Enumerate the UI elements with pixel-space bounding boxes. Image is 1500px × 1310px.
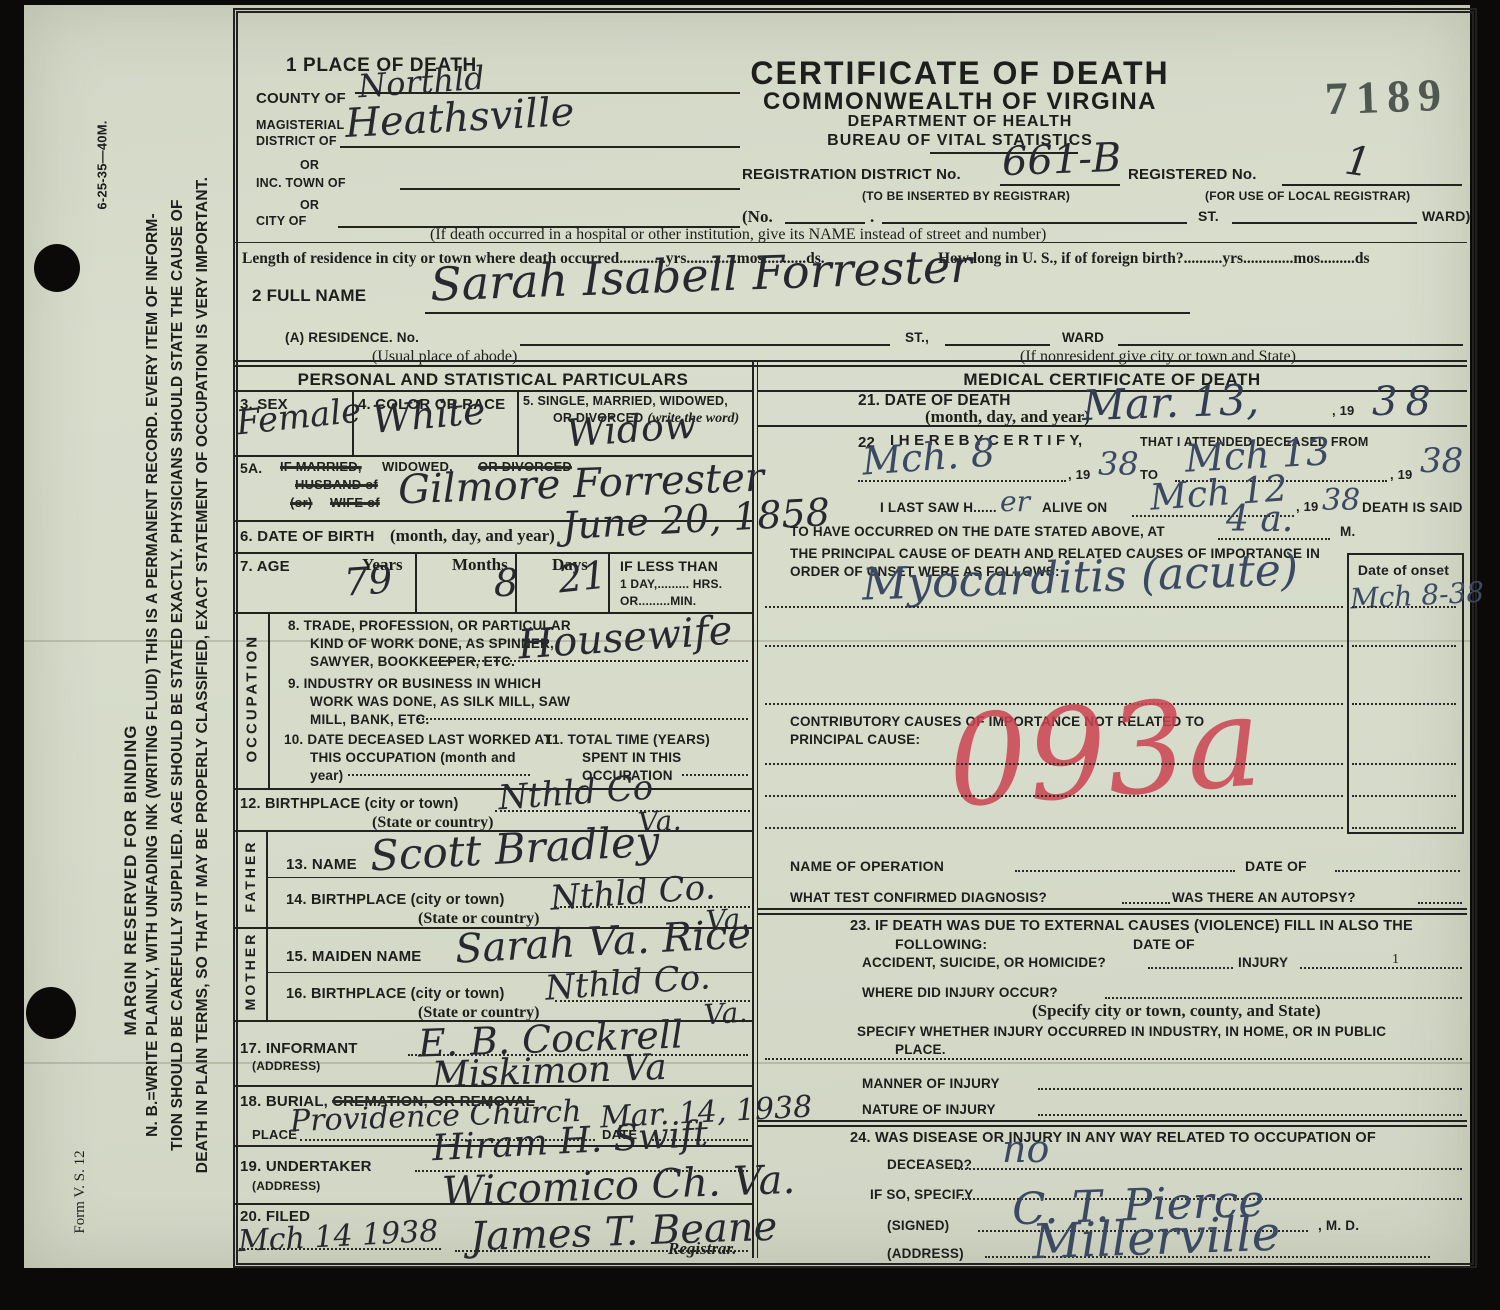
value-marital-status: Widow (565, 406, 698, 453)
section-title-personal: PERSONAL AND STATISTICAL PARTICULARS (233, 370, 753, 390)
rule (785, 222, 865, 224)
rule (1232, 222, 1417, 224)
rule (608, 552, 610, 612)
label-nature-of-injury: NATURE OF INJURY (862, 1102, 996, 1118)
label-12-birthplace: 12. BIRTHPLACE (city or town) (240, 796, 458, 813)
label-street-dot: . (870, 208, 874, 227)
scan-edge-top (0, 0, 1500, 5)
rule (415, 552, 417, 612)
label-full-name: 2 FULL NAME (252, 286, 366, 306)
rule (1118, 344, 1463, 346)
label-what-test: WHAT TEST CONFIRMED DIAGNOSIS? (790, 890, 1047, 906)
label-accident-suicide: ACCIDENT, SUICIDE, OR HOMICIDE? (862, 955, 1106, 971)
label-19-printed: , 19 (1332, 404, 1354, 419)
label-9-industry3: MILL, BANK, ETC. (310, 712, 429, 728)
value-last-saw-year: 38 (1322, 486, 1360, 516)
label-m: M. (1340, 524, 1355, 540)
label-contributory2: PRINCIPAL CAUSE: (790, 732, 920, 748)
scanned-death-certificate: { "margin": { "form_code": "Form V. S. 1… (0, 0, 1500, 1310)
label-date-of-onset: Date of onset (1349, 562, 1458, 578)
value-district: Heathsville (344, 92, 575, 144)
value-physician-address: Millerville (1031, 1210, 1281, 1267)
dotted-line (1352, 645, 1456, 647)
label-date-of-birth: 6. DATE OF BIRTH (240, 528, 375, 545)
value-her: er (1000, 488, 1030, 516)
dotted-line (765, 1058, 1462, 1060)
label-occurred-at: TO HAVE OCCURRED ON THE DATE STATED ABOV… (790, 524, 1165, 540)
label-if-less-than: IF LESS THAN (620, 558, 718, 574)
value-death-year: 38 (1372, 382, 1439, 422)
label-place-word: PLACE. (895, 1042, 946, 1058)
label-last-saw: I LAST SAW H...... (880, 500, 997, 516)
dotted-line (765, 795, 1343, 797)
value-registration-district: 661-B (1001, 138, 1122, 182)
margin-nb-line2: TION SHOULD BE CAREFULLY SUPPLIED. AGE S… (169, 93, 187, 1258)
label-9-industry2: WORK WAS DONE, AS SILK MILL, SAW (310, 694, 570, 710)
rule (757, 908, 1467, 915)
dotted-line (1038, 1114, 1462, 1116)
rule (233, 788, 753, 790)
dotted-line (765, 606, 1343, 608)
rule (1000, 184, 1120, 186)
margin-nb-note: N. B.=WRITE PLAINLY, WITH UNFADING INK (… (144, 93, 222, 1258)
dotted-line (1300, 967, 1462, 969)
value-12-birthplace: Nthld Co (497, 771, 654, 816)
certificate-title: CERTIFICATE OF DEATH (730, 55, 1190, 92)
dotted-line (858, 480, 1066, 482)
label-how-long-us: How long in U. S., if of foreign birth?.… (938, 250, 1370, 267)
rule (882, 222, 1187, 224)
label-or-min: OR.........MIN. (620, 595, 696, 609)
label-alive-on: ALIVE ON (1042, 500, 1107, 516)
label-father-vertical: FATHER (242, 831, 258, 921)
dotted-line (1352, 795, 1456, 797)
note-month-day-year: (month, day, and year) (925, 408, 1090, 427)
rule (266, 927, 268, 1020)
dotted-line (1352, 606, 1456, 608)
value-from-year: 38 (1098, 448, 1139, 480)
value-father-birthplace: Nthld Co. (549, 870, 716, 915)
note-specify-city: (Specify city or town, county, and State… (1032, 1002, 1321, 1021)
label-md: , M. D. (1318, 1218, 1359, 1234)
label-10-last-worked2: THIS OCCUPATION (month and (310, 750, 516, 766)
value-age-days: 21 (556, 556, 608, 599)
label-19-printed: , 19 (1068, 468, 1090, 483)
note-month-day-year: (month, day, and year) (390, 527, 555, 546)
rule (425, 312, 1190, 314)
label-marital-status: 5. SINGLE, MARRIED, WIDOWED, (523, 394, 728, 408)
label-5a: 5A. (240, 460, 262, 476)
dotted-line (348, 774, 530, 776)
rule (340, 146, 740, 148)
dotted-line (236, 1248, 441, 1250)
punch-hole (34, 244, 80, 292)
rule (352, 392, 354, 455)
department-line: DEPARTMENT OF HEALTH (730, 113, 1190, 131)
label-ward: WARD) (1422, 208, 1470, 224)
label-occupation-vertical: OCCUPATION (244, 635, 261, 763)
label-registrar: Registrar. (668, 1240, 737, 1259)
label-24-related: 24. WAS DISEASE OR INJURY IN ANY WAY REL… (850, 1130, 1376, 1147)
label-one: 1 (1392, 952, 1399, 967)
label-11-total-time2: SPENT IN THIS (582, 750, 681, 766)
rule (520, 344, 890, 346)
note-local-registrar: (FOR USE OF LOCAL REGISTRAR) (1205, 190, 1410, 204)
rule (757, 1120, 1467, 1127)
label-residence-st: ST., (905, 330, 929, 346)
form-code: Form V. S. 12 (72, 1132, 89, 1252)
value-to-year: 38 (1420, 444, 1463, 478)
label-date-of: DATE OF (1245, 858, 1307, 874)
dotted-line (1335, 870, 1460, 872)
rule (233, 1203, 753, 1205)
stamp-certificate-number: 7189 (1324, 70, 1450, 125)
label-registered-no: REGISTERED No. (1128, 166, 1257, 183)
margin-binding-note: MARGIN RESERVED FOR BINDING (121, 615, 141, 1145)
dotted-line (1352, 763, 1456, 765)
rule (233, 360, 1467, 367)
dotted-line (765, 645, 1343, 647)
rule (233, 552, 753, 554)
label-county-of: COUNTY OF (256, 90, 346, 107)
label-9-industry: 9. INDUSTRY OR BUSINESS IN WHICH (288, 676, 541, 692)
print-code: 6-25-35—40M. (96, 90, 111, 240)
dotted-line (682, 774, 748, 776)
rule (1282, 184, 1462, 186)
label-injury: INJURY (1238, 955, 1288, 971)
value-related-to-occupation: no (1002, 1130, 1049, 1168)
label-one-day-hrs: 1 DAY,......... HRS. (620, 578, 722, 592)
value-mother-birthplace-state: Va. (703, 999, 748, 1030)
dotted-line (765, 827, 1343, 829)
dotted-line (418, 718, 748, 720)
label-11-total-time: 11. TOTAL TIME (YEARS) (545, 732, 710, 748)
value-red-code: 093a (944, 679, 1265, 826)
label-or: OR (300, 158, 319, 172)
rule (268, 612, 270, 788)
label-23-external: 23. IF DEATH WAS DUE TO EXTERNAL CAUSES … (850, 918, 1413, 935)
label-where-injury: WHERE DID INJURY OCCUR? (862, 985, 1058, 1001)
label-17-address: (ADDRESS) (252, 1060, 320, 1074)
label-following: FOLLOWING: (895, 936, 987, 952)
margin-nb-line3: DEATH IN PLAIN TERMS, SO THAT IT MAY BE … (194, 93, 212, 1258)
label-19-undertaker: 19. UNDERTAKER (240, 1158, 372, 1175)
label-10-last-worked3: year) (310, 768, 343, 784)
dotted-line (1352, 827, 1456, 829)
rule (517, 392, 519, 455)
label-13-name: 13. NAME (286, 856, 357, 873)
label-19-printed: , 19 (1296, 500, 1318, 515)
label-residence-a: (A) RESIDENCE. No. (285, 330, 419, 346)
label-19-address: (ADDRESS) (252, 1180, 320, 1194)
dotted-line (1418, 902, 1462, 904)
label-if-married-struck: IF MARRIED, (280, 460, 362, 475)
scan-edge-left (0, 0, 24, 1310)
label-10-last-worked: 10. DATE DECEASED LAST WORKED AT (284, 732, 552, 748)
label-autopsy: WAS THERE AN AUTOPSY? (1172, 890, 1356, 906)
rule (515, 552, 517, 612)
label-specify-whether: SPECIFY WHETHER INJURY OCCURRED IN INDUS… (857, 1024, 1386, 1040)
label-if-so-specify: IF SO, SPECIFY (870, 1187, 973, 1203)
label-registration-district: REGISTRATION DISTRICT No. (742, 166, 961, 183)
rule (400, 188, 740, 190)
label-manner-of-injury: MANNER OF INJURY (862, 1076, 1000, 1092)
dotted-line (1148, 967, 1233, 969)
dotted-line (1122, 902, 1170, 904)
label-19-printed: , 19 (1390, 468, 1412, 483)
value-attended-from: Mch. 8 (861, 433, 996, 480)
label-or: OR (300, 198, 319, 212)
label-16-birthplace: 16. BIRTHPLACE (city or town) (286, 986, 504, 1003)
label-or-struck: (or) (290, 496, 312, 511)
note-inserted-by-registrar: (TO BE INSERTED BY REGISTRAR) (862, 190, 1070, 204)
label-city-of: CITY OF (256, 214, 306, 228)
label-name-of-operation: NAME OF OPERATION (790, 858, 944, 874)
label-residence-ward: WARD (1062, 330, 1104, 346)
label-magisterial: MAGISTERIAL (256, 118, 344, 132)
label-husband-of-struck: HUSBAND of (295, 478, 378, 493)
bureau-line: BUREAU OF VITAL STATISTICS (730, 132, 1190, 150)
scan-edge-bottom (0, 1268, 1500, 1310)
rule (945, 344, 1050, 346)
dotted-line (1038, 1088, 1462, 1090)
value-age-years: 79 (343, 560, 394, 601)
label-inc-town: INC. TOWN OF (256, 176, 346, 190)
dotted-line (1352, 703, 1456, 705)
label-mother-vertical: MOTHER (242, 926, 258, 1016)
label-15-maiden-name: 15. MAIDEN NAME (286, 948, 422, 965)
rule (757, 425, 1467, 427)
label-st: ST. (1198, 208, 1219, 224)
label-district-of: DISTRICT OF (256, 134, 337, 148)
label-17-informant: 17. INFORMANT (240, 1040, 358, 1057)
label-street-no: (No. (742, 208, 773, 227)
rule (233, 1085, 753, 1087)
rule (266, 830, 268, 927)
value-mother-birthplace: Nthld Co. (544, 960, 711, 1005)
rule (233, 390, 753, 392)
label-deceased: DECEASED? (887, 1157, 972, 1173)
margin-nb-line1: N. B.=WRITE PLAINLY, WITH UNFADING INK (… (144, 93, 162, 1258)
value-color-race: White (371, 391, 487, 439)
value-date-of-death: Mar. 13, (1081, 379, 1259, 427)
commonwealth-subtitle: COMMONWEALTH OF VIRGINA (730, 88, 1190, 116)
value-date-of-onset: Mch 8-38 (1349, 579, 1484, 614)
value-hour-of-death: 4 a. (1226, 502, 1293, 538)
label-death-is-said: DEATH IS SAID (1362, 500, 1463, 516)
label-address: (ADDRESS) (887, 1246, 964, 1262)
label-wife-of-struck: WIFE of (330, 496, 380, 511)
dotted-line (1015, 870, 1235, 872)
dotted-line (1105, 997, 1462, 999)
label-date-of-injury1: DATE OF (1133, 936, 1195, 952)
label-signed: (SIGNED) (887, 1218, 949, 1234)
value-informant-address: Miskimon Va (431, 1050, 667, 1094)
punch-hole (26, 987, 76, 1039)
label-age: 7. AGE (240, 558, 290, 575)
dotted-line (765, 763, 1343, 765)
label-14-birthplace: 14. BIRTHPLACE (city or town) (286, 892, 504, 909)
